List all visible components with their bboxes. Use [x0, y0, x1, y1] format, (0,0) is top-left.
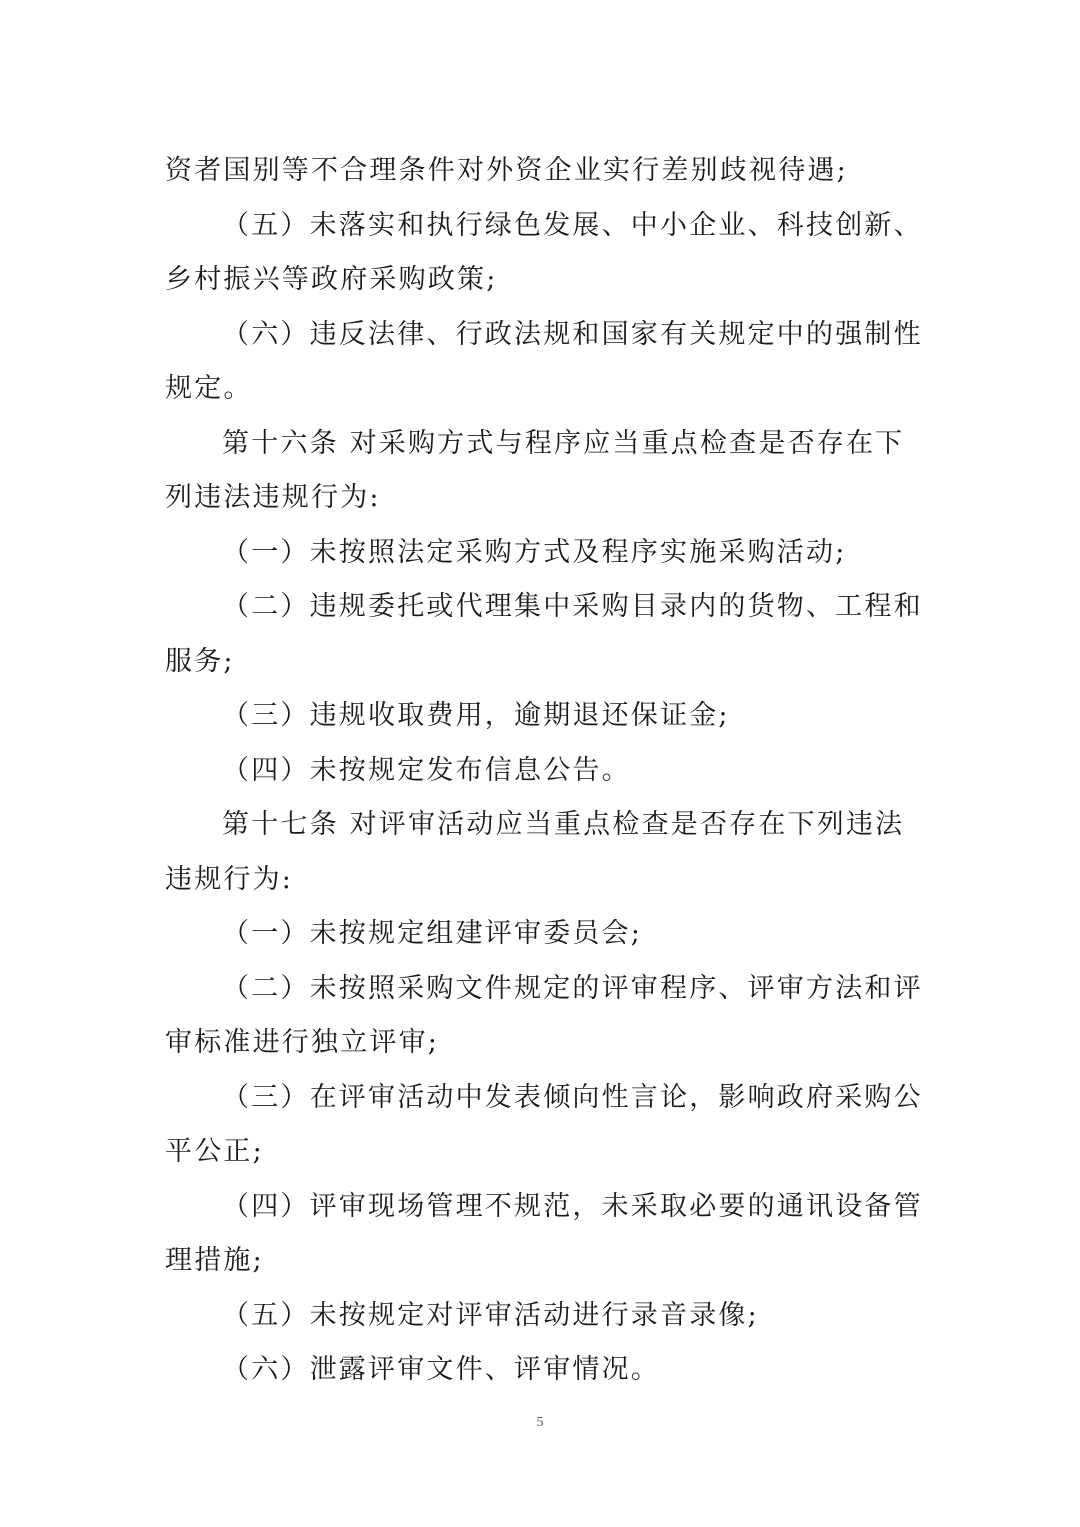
text-line-continuation: 资者国别等不合理条件对外资企业实行差别歧视待遇; — [165, 144, 917, 199]
text-line-continuation: 服务; — [165, 635, 917, 690]
text-line-continuation: 平公正; — [165, 1125, 917, 1180]
list-item-6-mandatory-regulations: （六）违反法律、行政法规和国家有关规定中的强制性 — [165, 308, 917, 363]
text-line-continuation: 列违法违规行为: — [165, 471, 917, 526]
article-16-item-4: （四）未按规定发布信息公告。 — [165, 744, 917, 799]
text-line-continuation: 乡村振兴等政府采购政策; — [165, 253, 917, 308]
text-line-continuation: 审标准进行独立评审; — [165, 1016, 917, 1071]
article-17-item-2: （二）未按照采购文件规定的评审程序、评审方法和评 — [165, 962, 917, 1017]
article-17-heading: 第十七条 对评审活动应当重点检查是否存在下列违法 — [165, 798, 917, 853]
text-line-continuation: 理措施; — [165, 1234, 917, 1289]
text-line-continuation: 违规行为: — [165, 853, 917, 908]
article-16-heading: 第十六条 对采购方式与程序应当重点检查是否存在下 — [165, 417, 917, 472]
text-line-continuation: 规定。 — [165, 362, 917, 417]
article-17-item-4: （四）评审现场管理不规范，未采取必要的通讯设备管 — [165, 1180, 917, 1235]
document-page-body: 资者国别等不合理条件对外资企业实行差别歧视待遇; （五）未落实和执行绿色发展、中… — [165, 144, 917, 1398]
article-17-item-6: （六）泄露评审文件、评审情况。 — [165, 1343, 917, 1398]
article-17-item-5: （五）未按规定对评审活动进行录音录像; — [165, 1289, 917, 1344]
article-17-item-1: （一）未按规定组建评审委员会; — [165, 907, 917, 962]
article-16-item-2: （二）违规委托或代理集中采购目录内的货物、工程和 — [165, 580, 917, 635]
article-16-item-3: （三）违规收取费用，逾期退还保证金; — [165, 689, 917, 744]
list-item-5-green-development: （五）未落实和执行绿色发展、中小企业、科技创新、 — [165, 199, 917, 254]
article-16-item-1: （一）未按照法定采购方式及程序实施采购活动; — [165, 526, 917, 581]
article-17-item-3: （三）在评审活动中发表倾向性言论，影响政府采购公 — [165, 1071, 917, 1126]
page-number: 5 — [0, 1415, 1080, 1431]
